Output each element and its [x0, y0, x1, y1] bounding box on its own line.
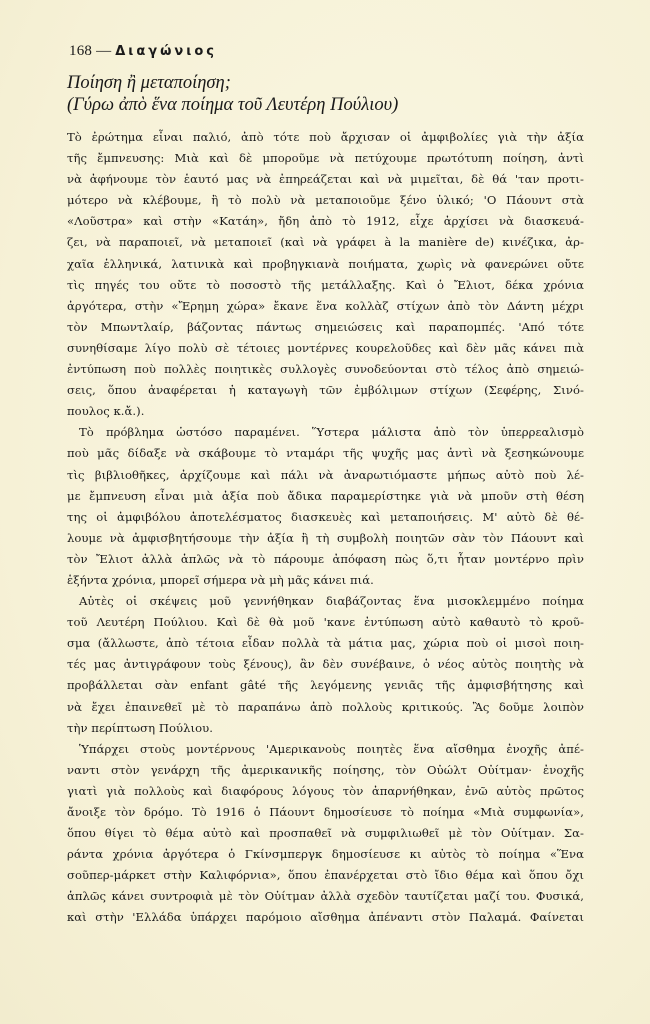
article-title: Ποίηση ἢ μεταποίηση; (Γύρω ἀπὸ ἕνα ποίημ… — [67, 72, 398, 116]
text-line: τὸν Ἔλιοτ ἀλλὰ ἁπλῶς νὰ τὸ πάρουμε ἀπόφα… — [67, 549, 584, 570]
text-line: Αὐτὲς οἱ σκέψεις μοῦ γεννήθηκαν διαβάζον… — [67, 591, 584, 612]
text-line: τοῦ Λευτέρη Πούλιου. Καὶ δὲ θὰ μοῦ 'κανε… — [67, 612, 584, 633]
article-body: Τὸ ἐρώτημα εἶναι παλιό, ἀπὸ τότε ποὺ ἄρχ… — [67, 127, 584, 929]
text-line: λουμε νὰ ἀμφισβητήσουμε τὴν ἀξία ἢ τὴ συ… — [67, 528, 584, 549]
text-line: ζει, νὰ παραποιεῖ, νὰ μεταποιεῖ (καὶ νὰ … — [67, 232, 584, 253]
text-line: ναντι στὸν γενάρχη τῆς ἀμερικανικῆς ποίη… — [67, 760, 584, 781]
paragraph-3: Αὐτὲς οἱ σκέψεις μοῦ γεννήθηκαν διαβάζον… — [67, 591, 584, 739]
text-line: τές μας ἀντιγράφουν τοὺς ξένους), ἂν δὲν… — [67, 654, 584, 675]
text-line: της οἱ ἀμφιβόλου ἀποτελέσματος διασκευὲς… — [67, 507, 584, 528]
article-subtitle: (Γύρω ἀπὸ ἕνα ποίημα τοῦ Λευτέρη Πούλιου… — [67, 94, 398, 116]
text-line: ἄνοιξε τὸν δρόμο. Τὸ 1916 ὁ Πάουντ δημοσ… — [67, 802, 584, 823]
text-line: τῆς ἔμπνευσης: Μιὰ καὶ δὲ μποροῦμε νὰ πε… — [67, 148, 584, 169]
text-line: ἀργότερα, στὴν «Ἔρημη χώρα» ἔκανε ἕνα κο… — [67, 296, 584, 317]
paragraph-2: Τὸ πρόβλημα ὡστόσο παραμένει. Ὕστερα μάλ… — [67, 422, 584, 591]
text-line: μότερο νὰ κλέβουμε, ἢ τὸ πολὺ νὰ μεταποι… — [67, 190, 584, 211]
text-line: χαῖα ἑλληνικά, λατινικὰ καὶ προβηγκιανὰ … — [67, 254, 584, 275]
text-line: «Λοῦστρα» καὶ στὴν «Κατάη», ἤδη ἀπὸ τὸ 1… — [67, 211, 584, 232]
text-line: τὶς πηγές του οὔτε τὸ ποσοστὸ τῆς μετάλλ… — [67, 275, 584, 296]
text-line: Τὸ πρόβλημα ὡστόσο παραμένει. Ὕστερα μάλ… — [67, 422, 584, 443]
text-line: ποὺ μᾶς δίδαξε νὰ σκάβουμε τὸ νταμάρι τῆ… — [67, 443, 584, 464]
text-line: σμα (ἄλλωστε, ἀπὸ τέτοια εἶδαν πολλὰ τὰ … — [67, 633, 584, 654]
text-line: συνηθίσαμε λίγο πολὺ σὲ τέτοιες μοντέρνε… — [67, 338, 584, 359]
text-line: τὶς βιβλιοθῆκες, ἀρχίζουμε καὶ πάλι νὰ ἀ… — [67, 465, 584, 486]
journal-title: Διαγώνιος — [115, 44, 217, 59]
article-title-line-1: Ποίηση ἢ μεταποίηση; — [67, 72, 398, 94]
paragraph-4: Ὑπάρχει στοὺς μοντέρνους 'Αμερικανοὺς πο… — [67, 739, 584, 929]
text-line: σοῦπερ-μάρκετ στὴν Καλιφόρνια», ὅπου ἐπα… — [67, 865, 584, 886]
text-line: νὰ ἀφήνουμε τὸν ἑαυτό μας νὰ ἐπηρεάζεται… — [67, 169, 584, 190]
text-line: Τὸ ἐρώτημα εἶναι παλιό, ἀπὸ τότε ποὺ ἄρχ… — [67, 127, 584, 148]
text-line: ἑξήντα χρόνια, μπορεῖ σήμερα νὰ μὴ μᾶς κ… — [67, 570, 584, 591]
text-line: με ἔμπνευση εἶναι μιὰ ἀξία ποὺ ἄδικα παρ… — [67, 486, 584, 507]
paragraph-1: Τὸ ἐρώτημα εἶναι παλιό, ἀπὸ τότε ποὺ ἄρχ… — [67, 127, 584, 422]
text-line: γιατὶ γιὰ πολλοὺς καὶ διαφόρους λόγους τ… — [67, 781, 584, 802]
text-line: σεις, ὅπου ἀναφέρεται ἡ καταγωγὴ τῶν ἐμβ… — [67, 380, 584, 401]
running-head: 168 — Διαγώνιος — [69, 43, 217, 60]
text-line: νὰ ἔχει ἐπαινεθεῖ μὲ τὸ παραπάνω ἀπὸ πολ… — [67, 697, 584, 718]
text-line: τὸν Μπωντλαίρ, βάζοντας πάντως σημειώσει… — [67, 317, 584, 338]
running-head-separator: — — [96, 43, 111, 59]
text-line: πουλος κ.ἄ.). — [67, 401, 584, 422]
text-line: ράντα χρόνια ἀργότερα ὁ Γκίνσμπεργκ δημο… — [67, 844, 584, 865]
book-page: 168 — Διαγώνιος Ποίηση ἢ μεταποίηση; (Γύ… — [0, 0, 650, 1024]
text-line: ὅπου θίγει τὸ θέμα αὐτὸ καὶ προσπαθεῖ νὰ… — [67, 823, 584, 844]
text-line: καὶ στὴν 'Ελλάδα ὑπάρχει παρόμοιο αἴσθημ… — [67, 907, 584, 928]
text-line: ἐντύπωση ποὺ πολλὲς ποιητικὲς συλλογὲς σ… — [67, 359, 584, 380]
text-line: ἁπλῶς κάνει συντροφιὰ μὲ τὸν Οὐίτμαν ἀλλ… — [67, 886, 584, 907]
text-line: προβάλλεται σὰν enfant gâté τῆς λεγόμενη… — [67, 675, 584, 696]
text-line: τὴν περίπτωση Πούλιου. — [67, 718, 584, 739]
text-line: Ὑπάρχει στοὺς μοντέρνους 'Αμερικανοὺς πο… — [67, 739, 584, 760]
page-number: 168 — [69, 43, 92, 59]
